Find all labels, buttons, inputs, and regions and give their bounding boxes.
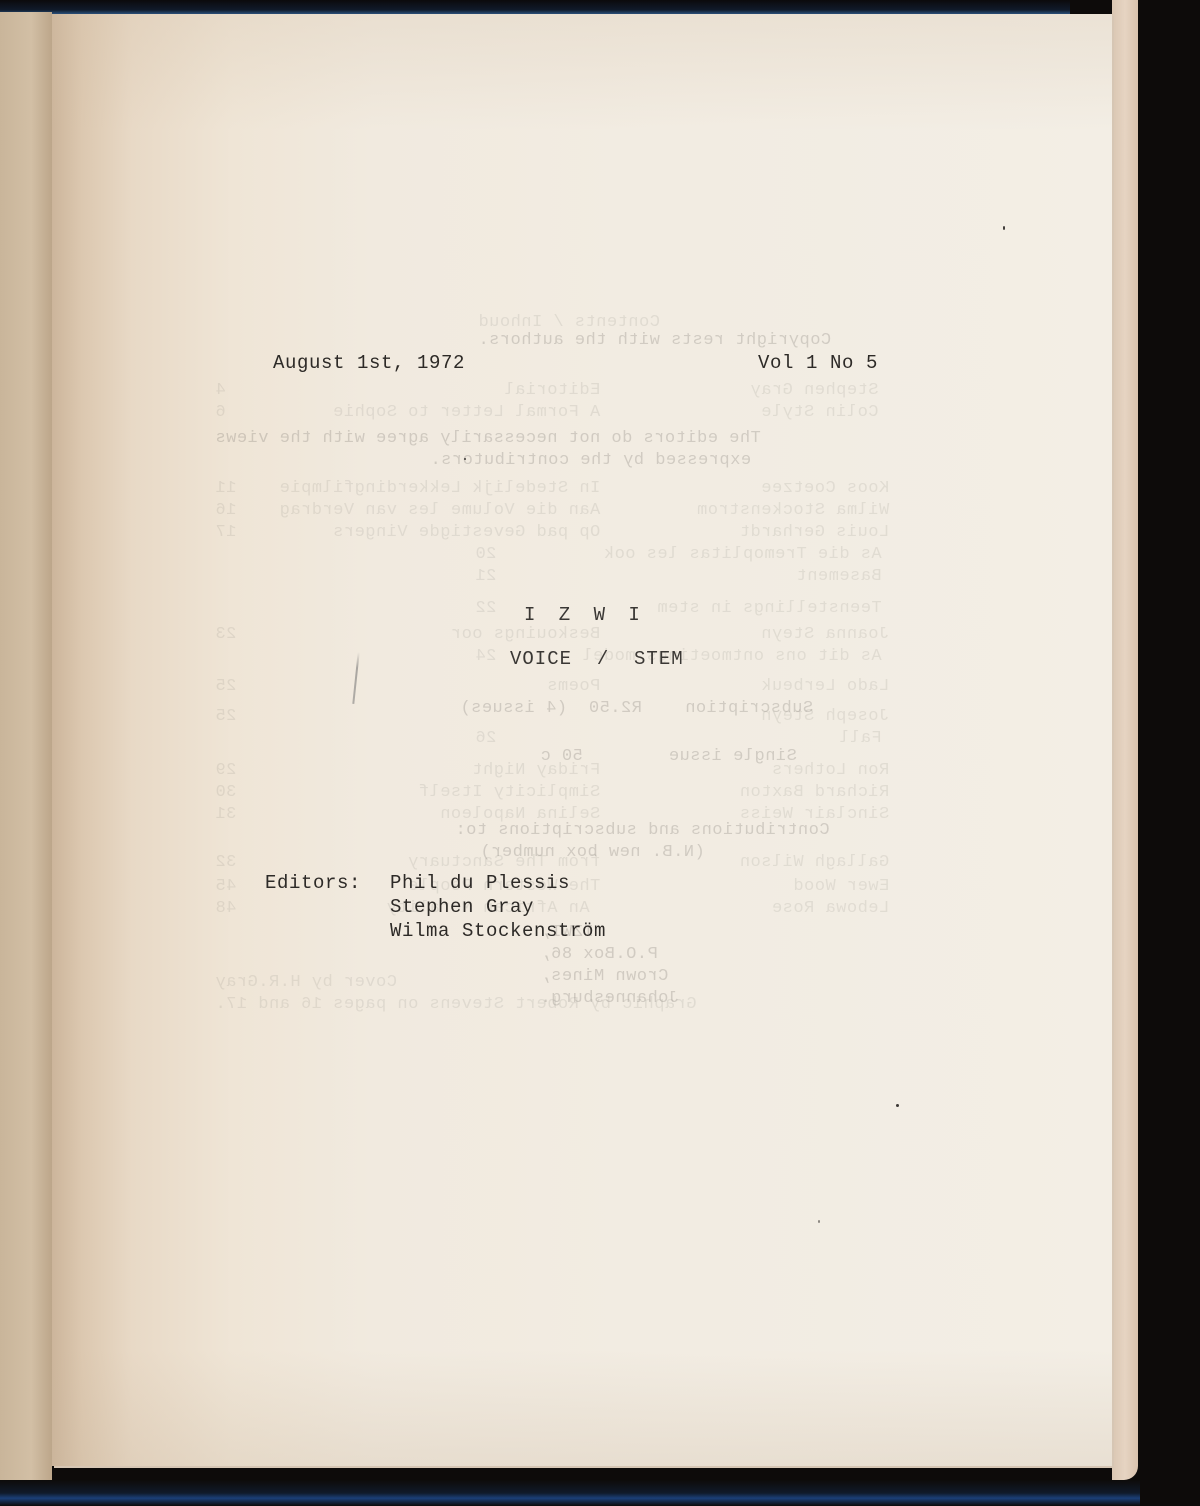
scan-bottom-edge (0, 1480, 1140, 1506)
show-through-toc-17: Gallagh Wilson from The Sanctuary 32 (215, 852, 889, 874)
facing-page-edge (0, 12, 52, 1482)
issue-volume: Vol 1 No 5 (758, 352, 878, 374)
show-through-toc-6: As die Tremoplitas les ook 20 (475, 544, 882, 566)
show-through-toc-9: Joanna Steyn Beskouings oor 23 (215, 624, 889, 646)
speck (818, 1220, 820, 1223)
show-through-toc-5: Louis Gerhardt Op pad Gevestigde Vingers… (215, 522, 889, 544)
editor-name: Wilma Stockenström (390, 920, 606, 942)
scanned-page: Contents / Inhoud Copyright rests with t… (0, 0, 1200, 1506)
show-through-toc-11: Lado Lerbeuk Poems 25 (215, 676, 889, 698)
show-through-copyright: Copyright rests with the authors. (478, 330, 831, 352)
show-through-address-2: P.O.Box 86, (540, 944, 658, 966)
page-stack-edge (1112, 0, 1138, 1480)
show-through-address-3: Crown Mines, (540, 966, 668, 988)
scan-top-edge (0, 0, 1070, 14)
speck (464, 458, 466, 460)
publication-subtitle: VOICE / STEM (510, 648, 684, 670)
show-through-toc-2: Colin Style A Formal Letter to Sophie 6 (215, 402, 879, 424)
publication-title: I Z W I (524, 604, 646, 626)
show-through-toc-12: Joseph Steyn 25 (215, 706, 889, 728)
show-through-graphic-credit: Graphic by Robert Stevens on pages 16 an… (215, 994, 697, 1016)
show-through-toc-7: Basement 21 (475, 566, 882, 588)
show-through-toc-15: Richard Baxton Simplicity Itself 30 (215, 782, 889, 804)
speck (896, 1104, 899, 1107)
show-through-toc-3: Koos Coetzee In Stedelijk Lekkerdingfilm… (215, 478, 889, 500)
show-through-toc-14: Ron Lothers Friday Night 29 (215, 760, 889, 782)
show-through-toc-19: Lebowa Rose An African Morality 48 (215, 898, 889, 920)
issue-date: August 1st, 1972 (273, 352, 465, 374)
editors-label: Editors: (265, 872, 361, 894)
show-through-disclaimer-2: expressed by the contributors. (430, 450, 751, 472)
editor-name: Phil du Plessis (390, 872, 570, 894)
show-through-contributions: Contributions and subscriptions to: (455, 820, 830, 842)
show-through-toc-4: Wilma Stockenstrom Aan die Volume les va… (215, 500, 889, 522)
show-through-toc-1: Stephen Gray Editorial 4 (215, 380, 879, 402)
speck (1003, 226, 1005, 230)
show-through-disclaimer-1: The editors do not necessarily agree wit… (215, 428, 761, 450)
editor-name: Stephen Gray (390, 896, 534, 918)
show-through-cover-credit: Cover by H.R.Gray (215, 972, 397, 994)
